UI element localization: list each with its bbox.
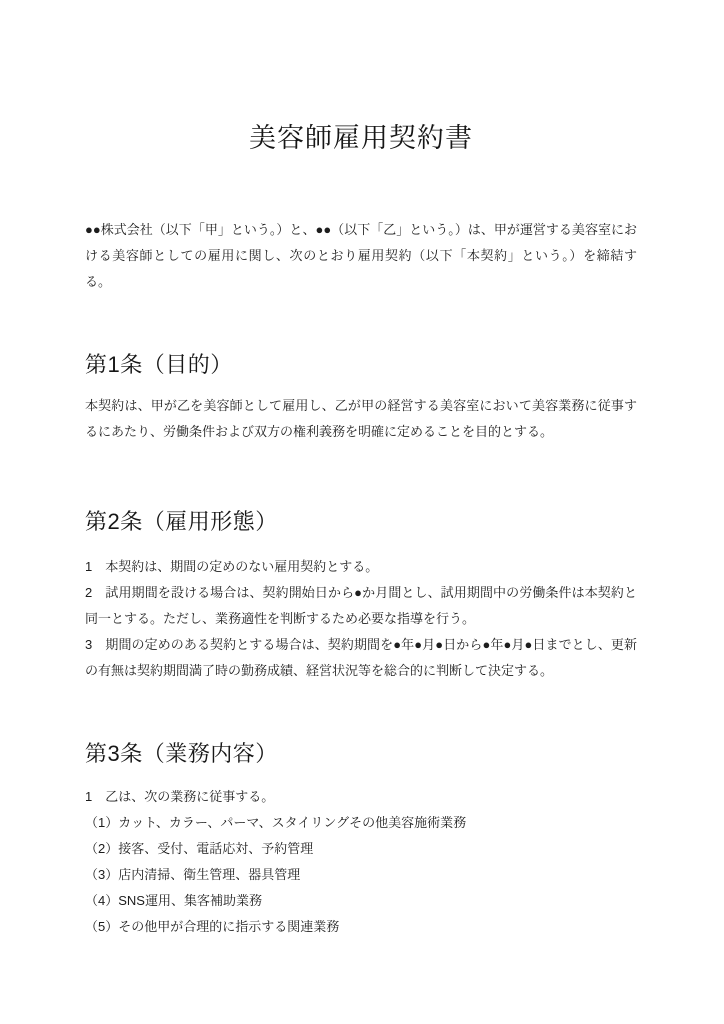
article-2-clause-2: 2 試用期間を設ける場合は、契約開始日から●か月間とし、試用期間中の労働条件は本… [85,580,637,632]
article-3-body: 1 乙は、次の業務に従事する。 （1）カット、カラー、パーマ、スタイリングその他… [85,784,637,940]
intro-paragraph: ●●株式会社（以下「甲」という。）と、●●（以下「乙」という。）は、甲が運営する… [85,217,637,295]
contract-document-page: 美容師雇用契約書 ●●株式会社（以下「甲」という。）と、●●（以下「乙」という。… [0,0,724,1024]
article-3-item-2: （2）接客、受付、電話応対、予約管理 [85,836,637,862]
document-title: 美容師雇用契約書 [85,121,637,155]
article-2-heading: 第2条（雇用形態） [85,507,637,537]
article-3-item-5: （5）その他甲が合理的に指示する関連業務 [85,914,637,940]
article-2-clause-1: 1 本契約は、期間の定めのない雇用契約とする。 [85,554,637,580]
article-3-item-1: （1）カット、カラー、パーマ、スタイリングその他美容施術業務 [85,810,637,836]
article-3-item-4: （4）SNS運用、集客補助業務 [85,888,637,914]
article-1-heading: 第1条（目的） [85,350,637,380]
article-3-heading: 第3条（業務内容） [85,739,637,769]
article-2-body: 1 本契約は、期間の定めのない雇用契約とする。 2 試用期間を設ける場合は、契約… [85,554,637,684]
section-article-1: 第1条（目的） 本契約は、甲が乙を美容師として雇用し、乙が甲の経営する美容室にお… [85,350,637,445]
article-2-clause-3: 3 期間の定めのある契約とする場合は、契約期間を●年●月●日から●年●月●日まで… [85,632,637,684]
article-3-clause-1: 1 乙は、次の業務に従事する。 [85,784,637,810]
section-article-3: 第3条（業務内容） 1 乙は、次の業務に従事する。 （1）カット、カラー、パーマ… [85,739,637,940]
article-1-clause: 本契約は、甲が乙を美容師として雇用し、乙が甲の経営する美容室において美容業務に従… [85,393,637,445]
article-1-body: 本契約は、甲が乙を美容師として雇用し、乙が甲の経営する美容室において美容業務に従… [85,393,637,445]
article-3-item-3: （3）店内清掃、衛生管理、器具管理 [85,862,637,888]
section-article-2: 第2条（雇用形態） 1 本契約は、期間の定めのない雇用契約とする。 2 試用期間… [85,507,637,684]
